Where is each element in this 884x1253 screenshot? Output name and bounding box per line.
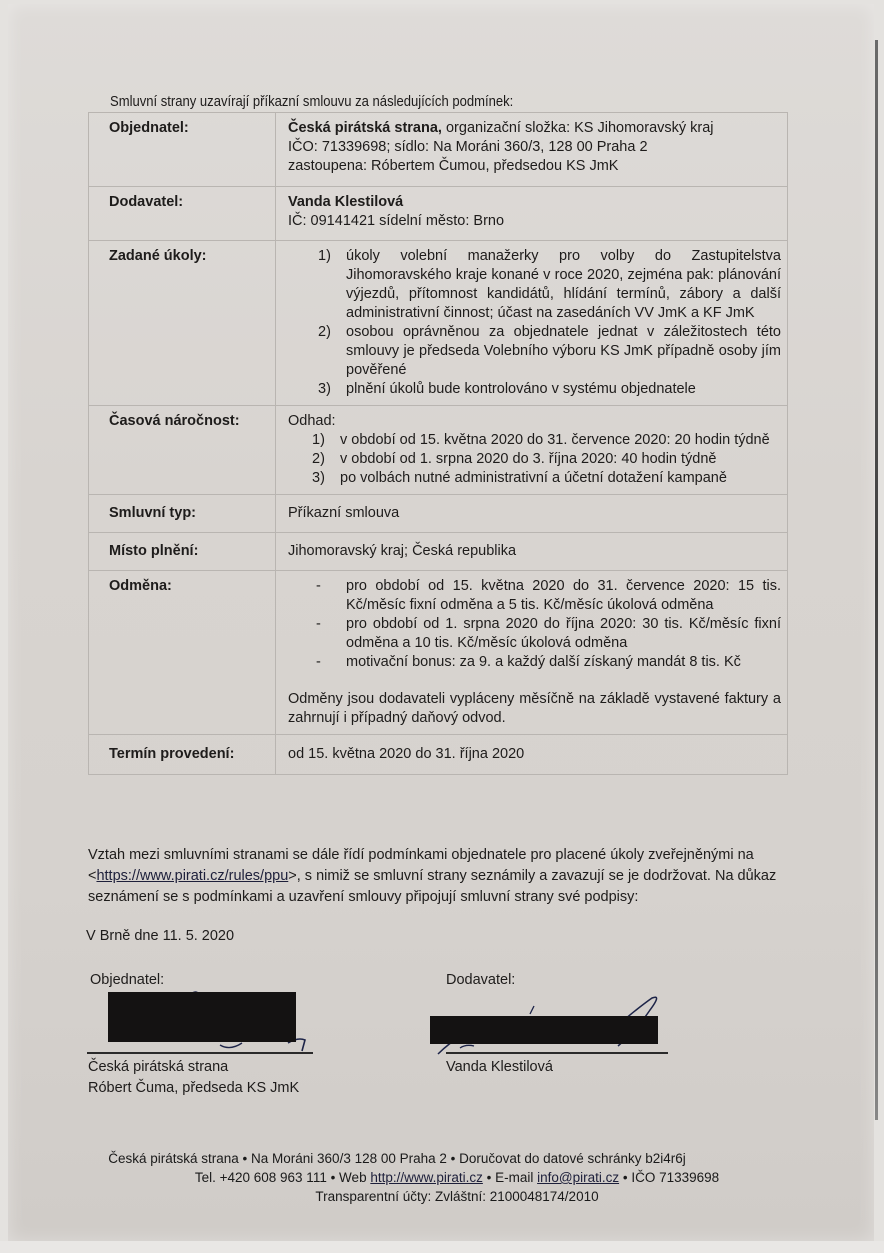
task-item: osobou oprávněnou za objednatele jednat … bbox=[346, 323, 781, 380]
row-objednatel: Objednatel: Česká pirátská strana, organ… bbox=[89, 113, 788, 187]
objednatel-name: Česká pirátská strana, bbox=[288, 120, 442, 136]
value-narocnost: Odhad: v období od 15. května 2020 do 31… bbox=[276, 406, 788, 495]
signature-label-objednatel: Objednatel: bbox=[90, 972, 164, 988]
task-item: úkoly volební manažerky pro volby do Zas… bbox=[346, 247, 781, 323]
bottom-margin bbox=[0, 1241, 884, 1253]
footer-email-link[interactable]: info@pirati.cz bbox=[537, 1170, 619, 1185]
dodavatel-name: Vanda Klestilová bbox=[288, 194, 403, 210]
row-misto: Místo plnění: Jihomoravský kraj; Česká r… bbox=[89, 533, 788, 571]
signature-name-right: Vanda Klestilová bbox=[446, 1057, 553, 1078]
label-misto: Místo plnění: bbox=[89, 533, 276, 571]
label-typ: Smluvní typ: bbox=[89, 495, 276, 533]
task-item: plnění úkolů bude kontrolováno v systému… bbox=[346, 380, 781, 399]
redaction-left bbox=[108, 992, 296, 1042]
row-ukoly: Zadané úkoly: úkoly volební manažerky pr… bbox=[89, 241, 788, 406]
estimate-item: po volbách nutné administrativní a účetn… bbox=[340, 469, 781, 488]
payment-list: pro období od 15. května 2020 do 31. čer… bbox=[288, 577, 781, 672]
signature-line-left bbox=[87, 1052, 313, 1054]
estimate-list: v období od 15. května 2020 do 31. červe… bbox=[288, 431, 781, 488]
signing-date: V Brně dne 11. 5. 2020 bbox=[86, 928, 234, 944]
row-typ: Smluvní typ: Příkazní smlouva bbox=[89, 495, 788, 533]
value-termin: od 15. května 2020 do 31. října 2020 bbox=[276, 735, 788, 775]
estimate-item: v období od 15. května 2020 do 31. červe… bbox=[340, 431, 781, 450]
paper-edge bbox=[875, 40, 878, 1120]
rules-link[interactable]: https://www.pirati.cz/rules/ppu bbox=[96, 868, 288, 884]
signature-label-dodavatel: Dodavatel: bbox=[446, 972, 515, 988]
redaction-right bbox=[430, 1016, 658, 1044]
label-ukoly: Zadané úkoly: bbox=[89, 241, 276, 406]
objednatel-org: organizační složka: KS Jihomoravský kraj bbox=[442, 120, 714, 136]
closing-paragraph: Vztah mezi smluvními stranami se dále ří… bbox=[88, 845, 790, 908]
value-dodavatel: Vanda Klestilová IČ: 09141421 sídelní mě… bbox=[276, 187, 788, 241]
signature-line-right bbox=[446, 1052, 668, 1054]
contract-table: Objednatel: Česká pirátská strana, organ… bbox=[88, 112, 788, 775]
value-odmena: pro období od 15. května 2020 do 31. čer… bbox=[276, 571, 788, 735]
label-termin: Termín provedení: bbox=[89, 735, 276, 775]
footer-accounts: Transparentní účty: Zvláštní: 2100048174… bbox=[0, 1189, 884, 1204]
row-odmena: Odměna: pro období od 15. května 2020 do… bbox=[89, 571, 788, 735]
signature-name-left: Česká pirátská strana Róbert Čuma, předs… bbox=[88, 1057, 299, 1099]
estimate-item: v období od 1. srpna 2020 do 3. října 20… bbox=[340, 450, 781, 469]
label-odmena: Odměna: bbox=[89, 571, 276, 735]
objednatel-represented: zastoupena: Róbertem Čumou, předsedou KS… bbox=[288, 158, 618, 174]
payment-item: motivační bonus: za 9. a každý další zís… bbox=[346, 653, 781, 672]
label-dodavatel: Dodavatel: bbox=[89, 187, 276, 241]
value-typ: Příkazní smlouva bbox=[276, 495, 788, 533]
estimate-intro: Odhad: bbox=[288, 412, 781, 431]
payment-note: Odměny jsou dodavateli vypláceny měsíčně… bbox=[288, 690, 781, 728]
row-narocnost: Časová náročnost: Odhad: v období od 15.… bbox=[89, 406, 788, 495]
objednatel-ico: IČO: 71339698; sídlo: Na Moráni 360/3, 1… bbox=[288, 139, 648, 155]
dodavatel-details: IČ: 09141421 sídelní město: Brno bbox=[288, 213, 504, 229]
footer-web-link[interactable]: http://www.pirati.cz bbox=[370, 1170, 483, 1185]
label-narocnost: Časová náročnost: bbox=[89, 406, 276, 495]
signer-person-left: Róbert Čuma, předseda KS JmK bbox=[88, 1078, 299, 1099]
value-objednatel: Česká pirátská strana, organizační složk… bbox=[276, 113, 788, 187]
footer-ico: • IČO 71339698 bbox=[619, 1170, 719, 1185]
payment-item: pro období od 1. srpna 2020 do října 202… bbox=[346, 615, 781, 653]
footer-email-label: • E-mail bbox=[483, 1170, 537, 1185]
value-misto: Jihomoravský kraj; Česká republika bbox=[276, 533, 788, 571]
value-ukoly: úkoly volební manažerky pro volby do Zas… bbox=[276, 241, 788, 406]
intro-text: Smluvní strany uzavírají příkazní smlouv… bbox=[110, 94, 513, 110]
footer-phone: Tel. +420 608 963 111 • Web bbox=[195, 1170, 370, 1185]
row-dodavatel: Dodavatel: Vanda Klestilová IČ: 09141421… bbox=[89, 187, 788, 241]
footer-contacts: Tel. +420 608 963 111 • Web http://www.p… bbox=[0, 1170, 884, 1185]
footer-address: Česká pirátská strana • Na Moráni 360/3 … bbox=[0, 1151, 884, 1166]
signer-org: Česká pirátská strana bbox=[88, 1057, 299, 1078]
row-termin: Termín provedení: od 15. května 2020 do … bbox=[89, 735, 788, 775]
payment-item: pro období od 15. května 2020 do 31. čer… bbox=[346, 577, 781, 615]
tasks-list: úkoly volební manažerky pro volby do Zas… bbox=[288, 247, 781, 399]
label-objednatel: Objednatel: bbox=[89, 113, 276, 187]
